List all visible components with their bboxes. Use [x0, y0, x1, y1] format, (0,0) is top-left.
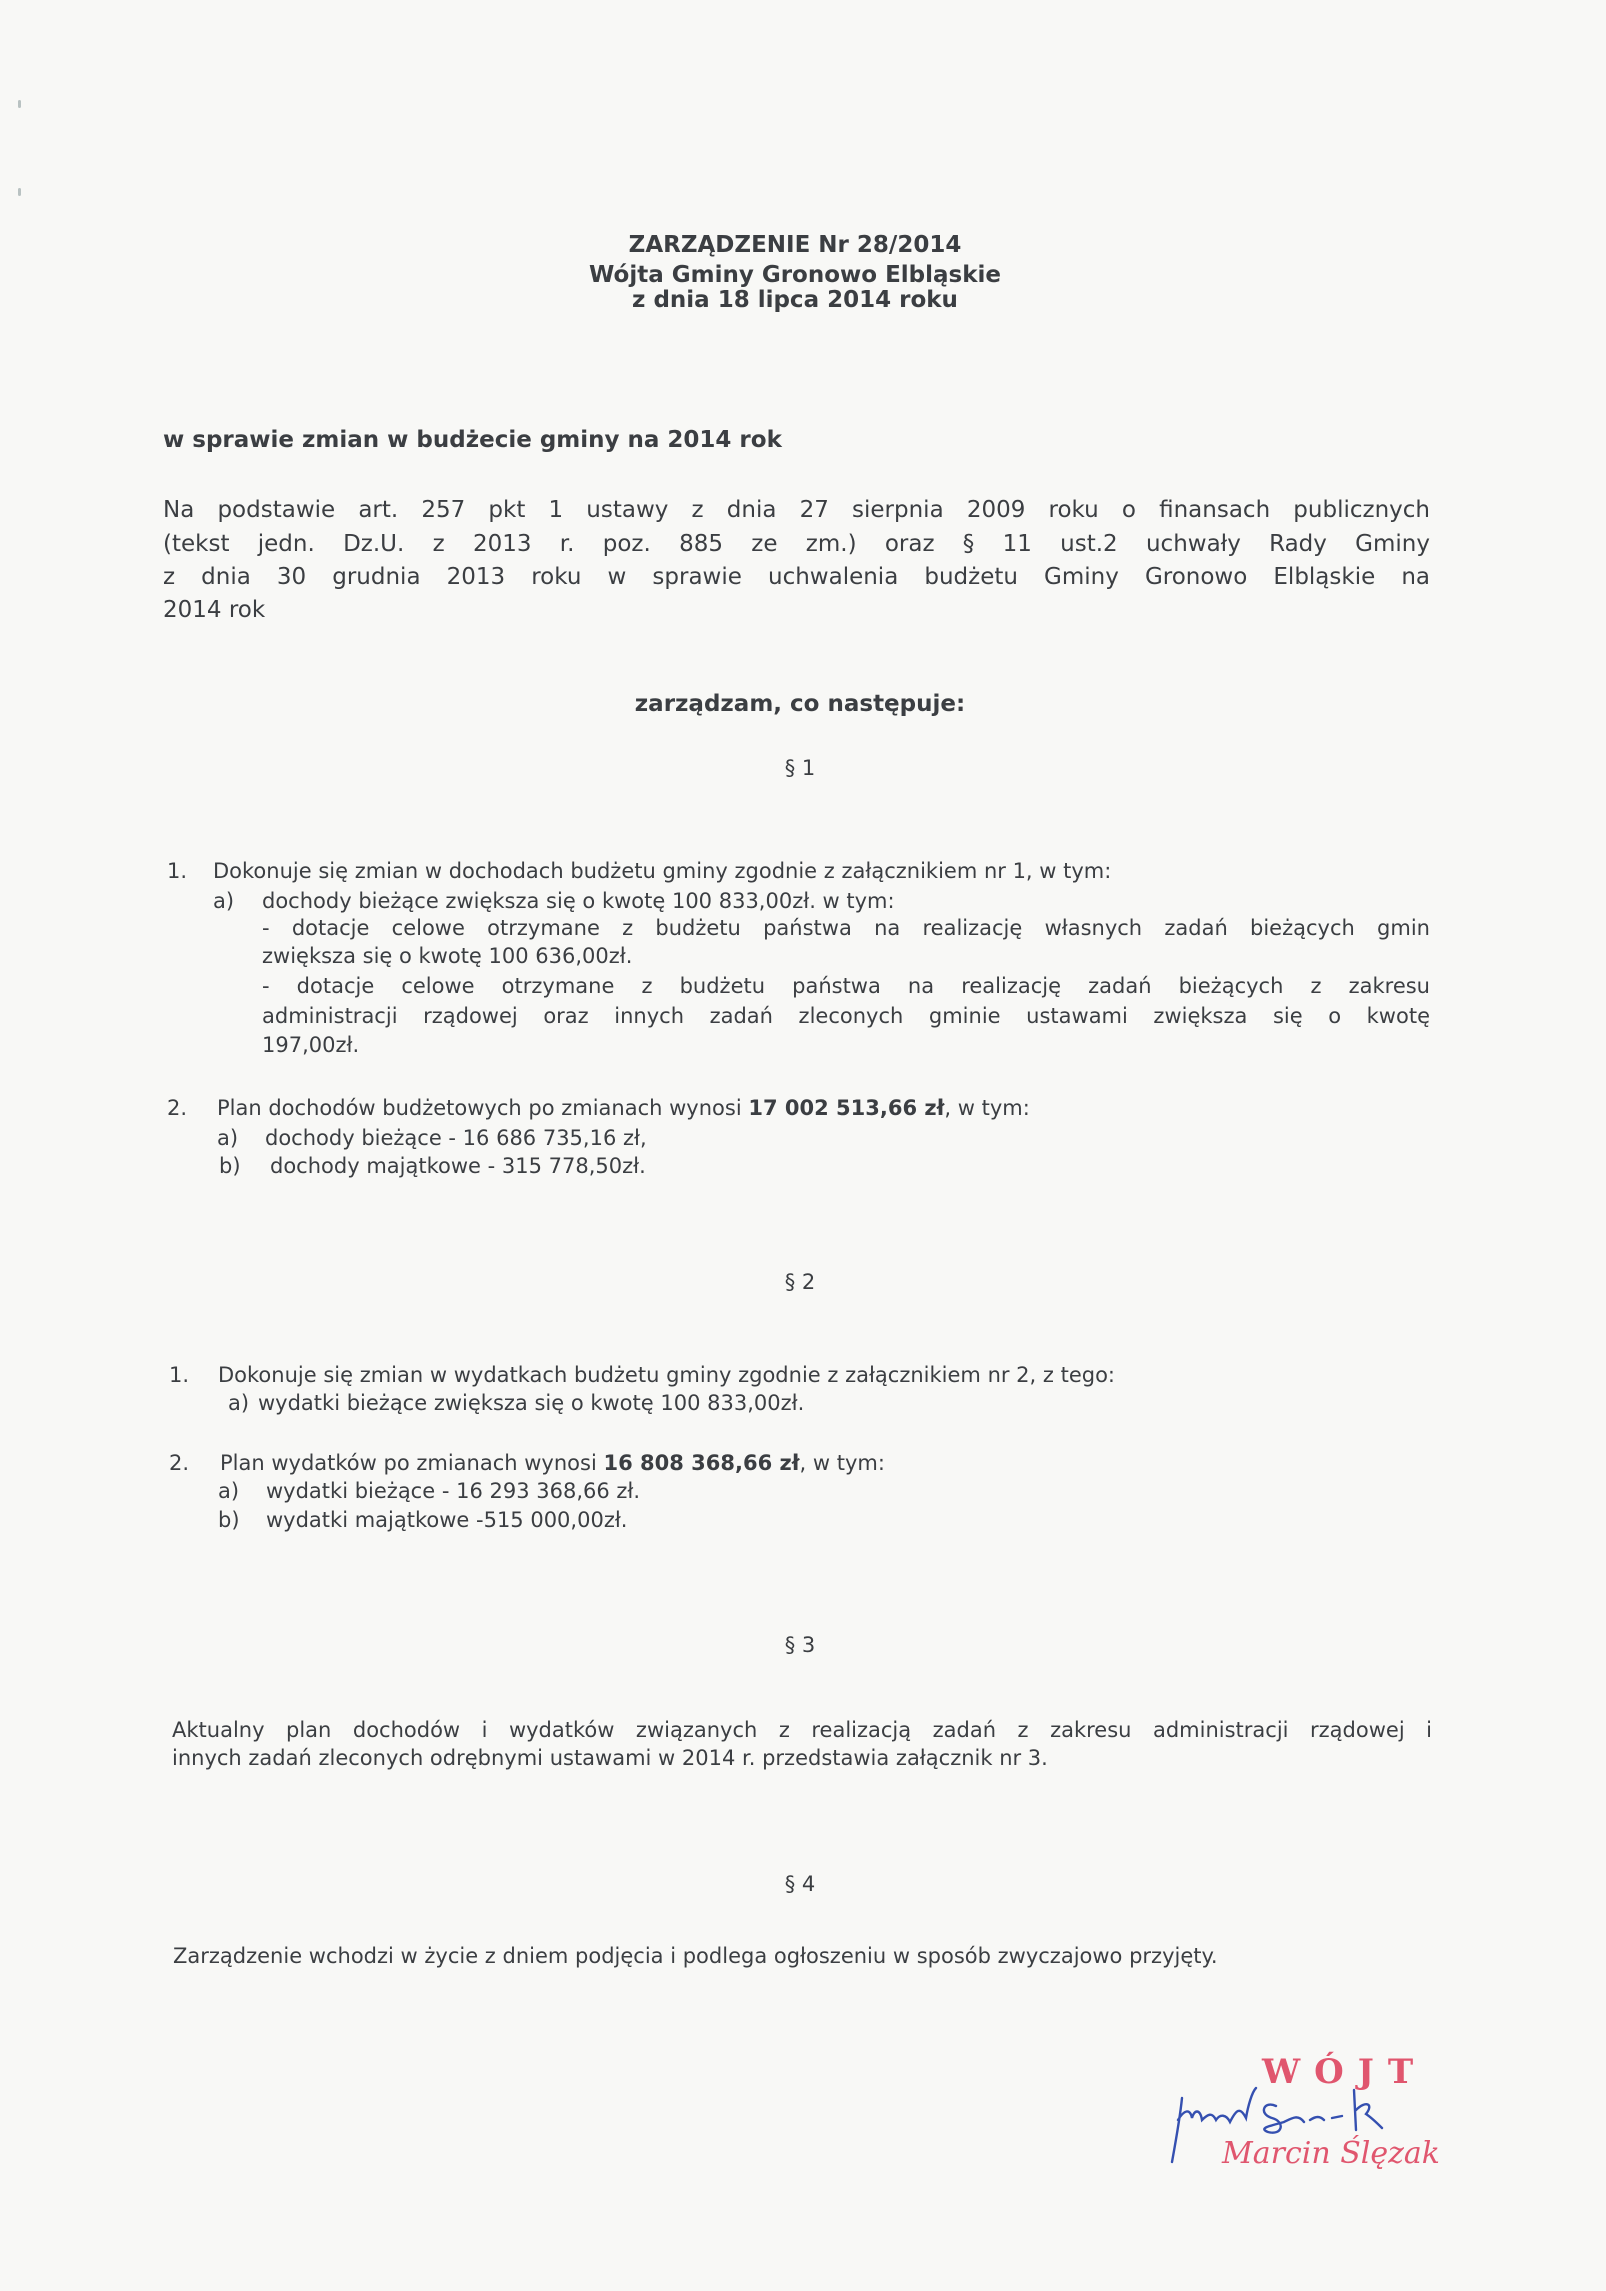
list-number: 2.	[167, 1095, 187, 1121]
document-date: z dnia 18 lipca 2014 roku	[0, 286, 1590, 314]
list-item-text: wydatki majątkowe -515 000,00zł.	[266, 1507, 627, 1533]
list-number: 2.	[169, 1450, 189, 1476]
list-item-text: Dokonuje się zmian w dochodach budżetu g…	[213, 858, 1111, 884]
list-letter: a)	[218, 1478, 239, 1504]
stamp-title: WÓJT	[1262, 2052, 1427, 2092]
list-item-text: Plan wydatków po zmianach wynosi 16 808 …	[220, 1450, 885, 1476]
expense-plan-amount: 16 808 368,66 zł	[603, 1451, 799, 1475]
list-item-text: dochody bieżące - 16 686 735,16 zł,	[265, 1125, 647, 1151]
list-letter: b)	[219, 1153, 241, 1179]
income-plan-amount: 17 002 513,66 zł	[748, 1096, 944, 1120]
list-letter: a)	[213, 888, 234, 914]
list-item-text: - dotacje celowe otrzymane z budżetu pań…	[262, 973, 1430, 999]
text: Plan wydatków po zmianach wynosi	[220, 1451, 603, 1475]
list-item-text: 197,00zł.	[262, 1032, 359, 1058]
intro-line: z dnia 30 grudnia 2013 roku w sprawie uc…	[163, 563, 1430, 591]
section-heading-4: § 4	[0, 1871, 1600, 1897]
list-number: 1.	[169, 1362, 189, 1388]
text: , w tym:	[800, 1451, 885, 1475]
list-item-text: Plan dochodów budżetowych po zmianach wy…	[217, 1095, 1030, 1121]
document-page: ZARZĄDZENIE Nr 28/2014 Wójta Gminy Grono…	[0, 0, 1606, 2291]
document-title: ZARZĄDZENIE Nr 28/2014	[0, 231, 1590, 259]
list-item-text: wydatki bieżące - 16 293 368,66 zł.	[266, 1478, 640, 1504]
document-issuer: Wójta Gminy Gronowo Elbląskie	[0, 261, 1590, 289]
paragraph-line: innych zadań zleconych odrębnymi ustawam…	[172, 1745, 1048, 1771]
intro-line: (tekst jedn. Dz.U. z 2013 r. poz. 885 ze…	[163, 530, 1430, 558]
section-heading-2: § 2	[0, 1269, 1600, 1295]
list-item-text: administracji rządowej oraz innych zadań…	[262, 1003, 1430, 1029]
section-heading-1: § 1	[0, 755, 1600, 781]
paragraph-line: Zarządzenie wchodzi w życie z dniem podj…	[173, 1943, 1218, 1969]
paragraph-line: Aktualny plan dochodów i wydatków związa…	[172, 1717, 1432, 1743]
list-letter: b)	[218, 1507, 240, 1533]
intro-line: 2014 rok	[163, 596, 265, 624]
decree-heading: zarządzam, co następuje:	[0, 690, 1600, 718]
text: , w tym:	[944, 1096, 1029, 1120]
stamp-name: Marcin Ślęzak	[1222, 2136, 1440, 2171]
document-subject: w sprawie zmian w budżecie gminy na 2014…	[163, 426, 782, 454]
list-number: 1.	[167, 858, 187, 884]
section-heading-3: § 3	[0, 1632, 1600, 1658]
list-letter: a)	[217, 1125, 238, 1151]
list-item-text: dochody bieżące zwiększa się o kwotę 100…	[262, 888, 895, 914]
list-item-text: - dotacje celowe otrzymane z budżetu pań…	[262, 915, 1430, 941]
text: Plan dochodów budżetowych po zmianach wy…	[217, 1096, 748, 1120]
list-item-text: wydatki bieżące zwiększa się o kwotę 100…	[258, 1390, 804, 1416]
scan-mark	[18, 188, 21, 196]
scan-mark	[18, 100, 21, 108]
intro-line: Na podstawie art. 257 pkt 1 ustawy z dni…	[163, 496, 1430, 524]
list-letter: a)	[228, 1390, 249, 1416]
list-item-text: Dokonuje się zmian w wydatkach budżetu g…	[218, 1362, 1115, 1388]
list-item-text: zwiększa się o kwotę 100 636,00zł.	[262, 943, 632, 969]
list-item-text: dochody majątkowe - 315 778,50zł.	[270, 1153, 646, 1179]
